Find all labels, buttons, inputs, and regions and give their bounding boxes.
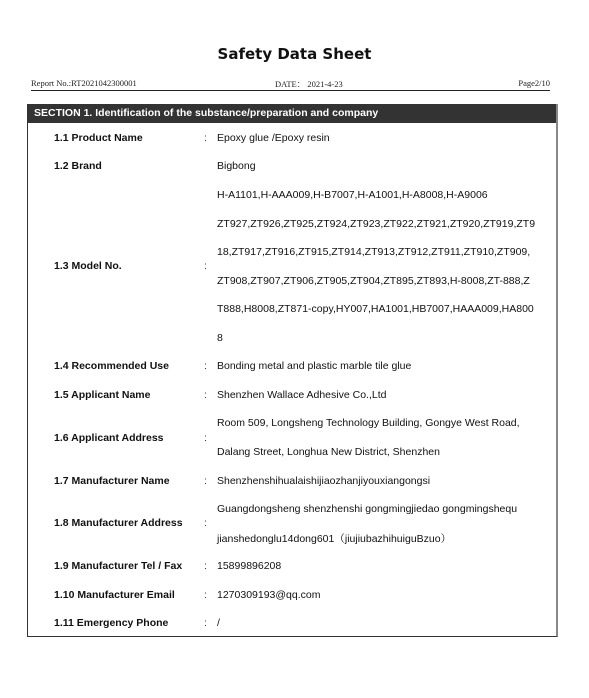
label-model-no: 1.3 Model No. bbox=[54, 260, 122, 272]
label-applicant-address: 1.6 Applicant Address bbox=[54, 432, 164, 444]
value-emergency-phone: / bbox=[217, 617, 220, 629]
value-manufacturer-tel-fax: 15899896208 bbox=[217, 560, 281, 572]
value-manufacturer-name: Shenzhenshihualaishijiaozhanjiyouxiangon… bbox=[217, 475, 430, 487]
value-model-line-4: ZT908,ZT907,ZT906,ZT905,ZT904,ZT895,ZT89… bbox=[217, 275, 530, 287]
value-brand: Bigbong bbox=[217, 160, 256, 172]
report-date: DATE： 2021-4-23 bbox=[275, 78, 343, 90]
label-manufacturer-tel-fax: 1.9 Manufacturer Tel / Fax bbox=[54, 560, 182, 572]
value-model-line-2: ZT927,ZT926,ZT925,ZT924,ZT923,ZT922,ZT92… bbox=[217, 218, 535, 230]
colon-separator: : bbox=[204, 132, 207, 144]
value-model-line-6: 8 bbox=[217, 332, 223, 344]
label-recommended-use: 1.4 Recommended Use bbox=[54, 360, 169, 372]
label-manufacturer-name: 1.7 Manufacturer Name bbox=[54, 475, 170, 487]
value-manufacturer-email: 1270309193@qq.com bbox=[217, 589, 321, 601]
report-number: Report No.:RT2021042300001 bbox=[31, 78, 137, 88]
label-emergency-phone: 1.11 Emergency Phone bbox=[54, 617, 168, 629]
value-model-line-5: T888,H8008,ZT871-copy,HY007,HA1001,HB700… bbox=[217, 303, 534, 315]
colon-separator: : bbox=[204, 475, 207, 487]
value-model-line-1: H-A1101,H-AAA009,H-B7007,H-A1001,H-A8008… bbox=[217, 189, 488, 201]
label-manufacturer-email: 1.10 Manufacturer Email bbox=[54, 589, 175, 601]
report-meta-line: Report No.:RT2021042300001 DATE： 2021-4-… bbox=[31, 78, 550, 91]
value-applicant-address-line-1: Room 509, Longsheng Technology Building,… bbox=[217, 417, 520, 429]
label-brand: 1.2 Brand bbox=[54, 160, 102, 172]
colon-separator: : bbox=[204, 260, 207, 272]
colon-separator: : bbox=[204, 517, 207, 529]
section-header: SECTION 1. Identification of the substan… bbox=[28, 104, 556, 123]
colon-separator: : bbox=[204, 360, 207, 372]
page-number: Page2/10 bbox=[518, 78, 550, 88]
document-title: Safety Data Sheet bbox=[0, 45, 589, 63]
colon-separator: : bbox=[204, 389, 207, 401]
value-model-line-3: 18,ZT917,ZT916,ZT915,ZT914,ZT913,ZT912,Z… bbox=[217, 246, 530, 258]
label-applicant-name: 1.5 Applicant Name bbox=[54, 389, 150, 401]
section-1-box: SECTION 1. Identification of the substan… bbox=[27, 104, 558, 637]
value-manufacturer-address-line-2: jianshedonglu14dong601（jiujiubazhihuiguB… bbox=[217, 531, 451, 546]
value-recommended-use: Bonding metal and plastic marble tile gl… bbox=[217, 360, 411, 372]
colon-separator: : bbox=[204, 617, 207, 629]
value-manufacturer-address-line-1: Guangdongsheng shenzhenshi gongmingjieda… bbox=[217, 503, 517, 515]
colon-separator: : bbox=[204, 560, 207, 572]
colon-separator: : bbox=[204, 589, 207, 601]
value-product-name: Epoxy glue /Epoxy resin bbox=[217, 132, 330, 144]
colon-separator: : bbox=[204, 432, 207, 444]
label-manufacturer-address: 1.8 Manufacturer Address bbox=[54, 517, 183, 529]
value-applicant-address-line-2: Dalang Street, Longhua New District, She… bbox=[217, 446, 440, 458]
value-applicant-name: Shenzhen Wallace Adhesive Co.,Ltd bbox=[217, 389, 386, 401]
label-product-name: 1.1 Product Name bbox=[54, 132, 143, 144]
